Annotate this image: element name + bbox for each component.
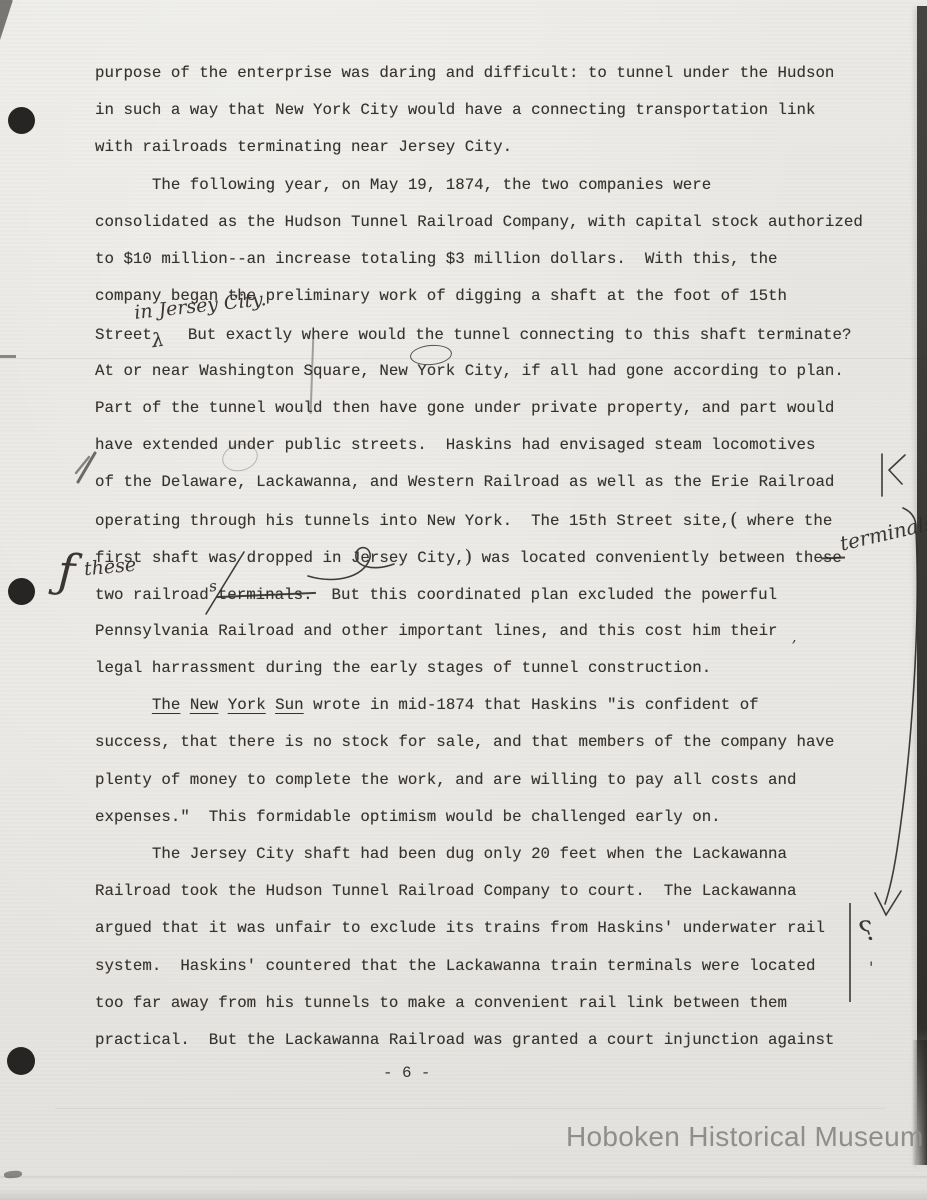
bottom-edge-shade [0, 1188, 927, 1200]
handwritten-tick-mark: ' [869, 958, 873, 977]
corner-streak-artifact [0, 0, 14, 48]
text-segment: to $10 million--an increase totaling $3 … [95, 250, 778, 268]
text-segment: first shaft was dropped in Jersey City, [95, 549, 465, 567]
typed-line: operating through his tunnels into New Y… [95, 501, 895, 538]
typed-line: with railroads terminating near Jersey C… [95, 129, 895, 166]
handwritten-paren: ) [465, 539, 472, 576]
strike-slash-icon [200, 548, 250, 620]
text-segment [218, 696, 227, 714]
text-segment: with railroads terminating near Jersey C… [95, 138, 512, 156]
typed-line: The following year, on May 19, 1874, the… [95, 167, 895, 204]
typed-line: The New York Sun wrote in mid-1874 that … [95, 687, 895, 724]
text-segment [95, 696, 152, 714]
typed-line: purpose of the enterprise was daring and… [95, 55, 895, 92]
struck-text: se [823, 549, 842, 567]
watermark: Hoboken Historical Museum [566, 1121, 924, 1153]
typed-line: consolidated as the Hudson Tunnel Railro… [95, 204, 895, 241]
text-segment [180, 696, 189, 714]
text-segment: consolidated as the Hudson Tunnel Railro… [95, 213, 863, 231]
text-segment: Railroad took the Hudson Tunnel Railroad… [95, 882, 797, 900]
typed-line: of the Delaware, Lackawanna, and Western… [95, 464, 895, 501]
paper-crease [0, 1176, 927, 1178]
underlined-text: York [228, 696, 266, 714]
text-segment: argued that it was unfair to exclude its… [95, 919, 825, 937]
text-segment: too far away from his tunnels to make a … [95, 994, 787, 1012]
text-segment: success, that there is no stock for sale… [95, 733, 834, 751]
typed-line: too far away from his tunnels to make a … [95, 985, 895, 1022]
typed-line: to $10 million--an increase totaling $3 … [95, 241, 895, 278]
hole-punch [8, 107, 35, 134]
stray-apostrophe-mark: ʼ [791, 637, 796, 655]
crease-dark-edge [0, 355, 16, 358]
text-segment: practical. But the Lackawanna Railroad w… [95, 1031, 834, 1049]
text-segment: legal harrassment during the early stage… [95, 659, 711, 677]
handwritten-margin-these: these [83, 554, 137, 580]
text-segment [266, 696, 275, 714]
typed-line: argued that it was unfair to exclude its… [95, 910, 895, 947]
strike-flourish-icon [306, 542, 398, 590]
typed-line: system. Haskins' countered that the Lack… [95, 948, 895, 985]
typed-line: practical. But the Lackawanna Railroad w… [95, 1022, 895, 1059]
text-segment: two railroad [95, 586, 209, 604]
text-segment: But exactly where would the tunnel conne… [169, 326, 852, 344]
paper-crease [55, 1108, 885, 1109]
paper-crease [0, 358, 927, 359]
margin-loop-mark-icon: ƒ [57, 548, 76, 595]
text-segment: Street [95, 326, 152, 344]
text-segment: system. Haskins' countered that the Lack… [95, 957, 815, 975]
page-number: - 6 - [383, 1064, 430, 1082]
text-segment: The following year, on May 19, 1874, the… [95, 176, 711, 194]
underlined-text: New [190, 696, 218, 714]
underlined-text: The [152, 696, 180, 714]
typed-line: legal harrassment during the early stage… [95, 650, 895, 687]
scanner-edge-strip [917, 6, 927, 1168]
hole-punch [8, 578, 35, 605]
typed-line: plenty of money to complete the work, an… [95, 762, 895, 799]
text-segment: expenses." This formidable optimism woul… [95, 808, 721, 826]
text-segment: At or near Washington Square, New York C… [95, 362, 844, 380]
typed-line: expenses." This formidable optimism woul… [95, 799, 895, 836]
text-segment: Part of the tunnel would then have gone … [95, 399, 834, 417]
typed-line: Streetλ But exactly where would the tunn… [95, 315, 895, 352]
typed-line: Railroad took the Hudson Tunnel Railroad… [95, 873, 895, 910]
text-segment: was located conveniently between the [472, 549, 823, 567]
typed-line: success, that there is no stock for sale… [95, 724, 895, 761]
typed-line: have extended under public streets. Hask… [95, 427, 895, 464]
text-segment: Pennsylvania Railroad and other importan… [95, 622, 778, 640]
text-segment: of the Delaware, Lackawanna, and Western… [95, 473, 834, 491]
scanned-document-page: purpose of the enterprise was daring and… [0, 0, 927, 1200]
text-segment: have extended under public streets. Hask… [95, 436, 815, 454]
margin-smudge-icon [74, 446, 102, 488]
typed-line: in such a way that New York City would h… [95, 92, 895, 129]
text-segment: The Jersey City shaft had been dug only … [95, 845, 787, 863]
text-segment: purpose of the enterprise was daring and… [95, 64, 834, 82]
margin-vertical-line [849, 903, 851, 1002]
handwritten-paren: ( [730, 502, 737, 539]
hole-punch [7, 1047, 35, 1075]
text-segment: plenty of money to complete the work, an… [95, 771, 797, 789]
text-segment: in such a way that New York City would h… [95, 101, 815, 119]
text-segment: wrote in mid-1874 that Haskins "is confi… [304, 696, 759, 714]
text-segment: operating through his tunnels into New Y… [95, 512, 730, 530]
text-segment: where the [738, 512, 833, 530]
typed-line: The Jersey City shaft had been dug only … [95, 836, 895, 873]
underlined-text: Sun [275, 696, 303, 714]
typed-line: Part of the tunnel would then have gone … [95, 390, 895, 427]
